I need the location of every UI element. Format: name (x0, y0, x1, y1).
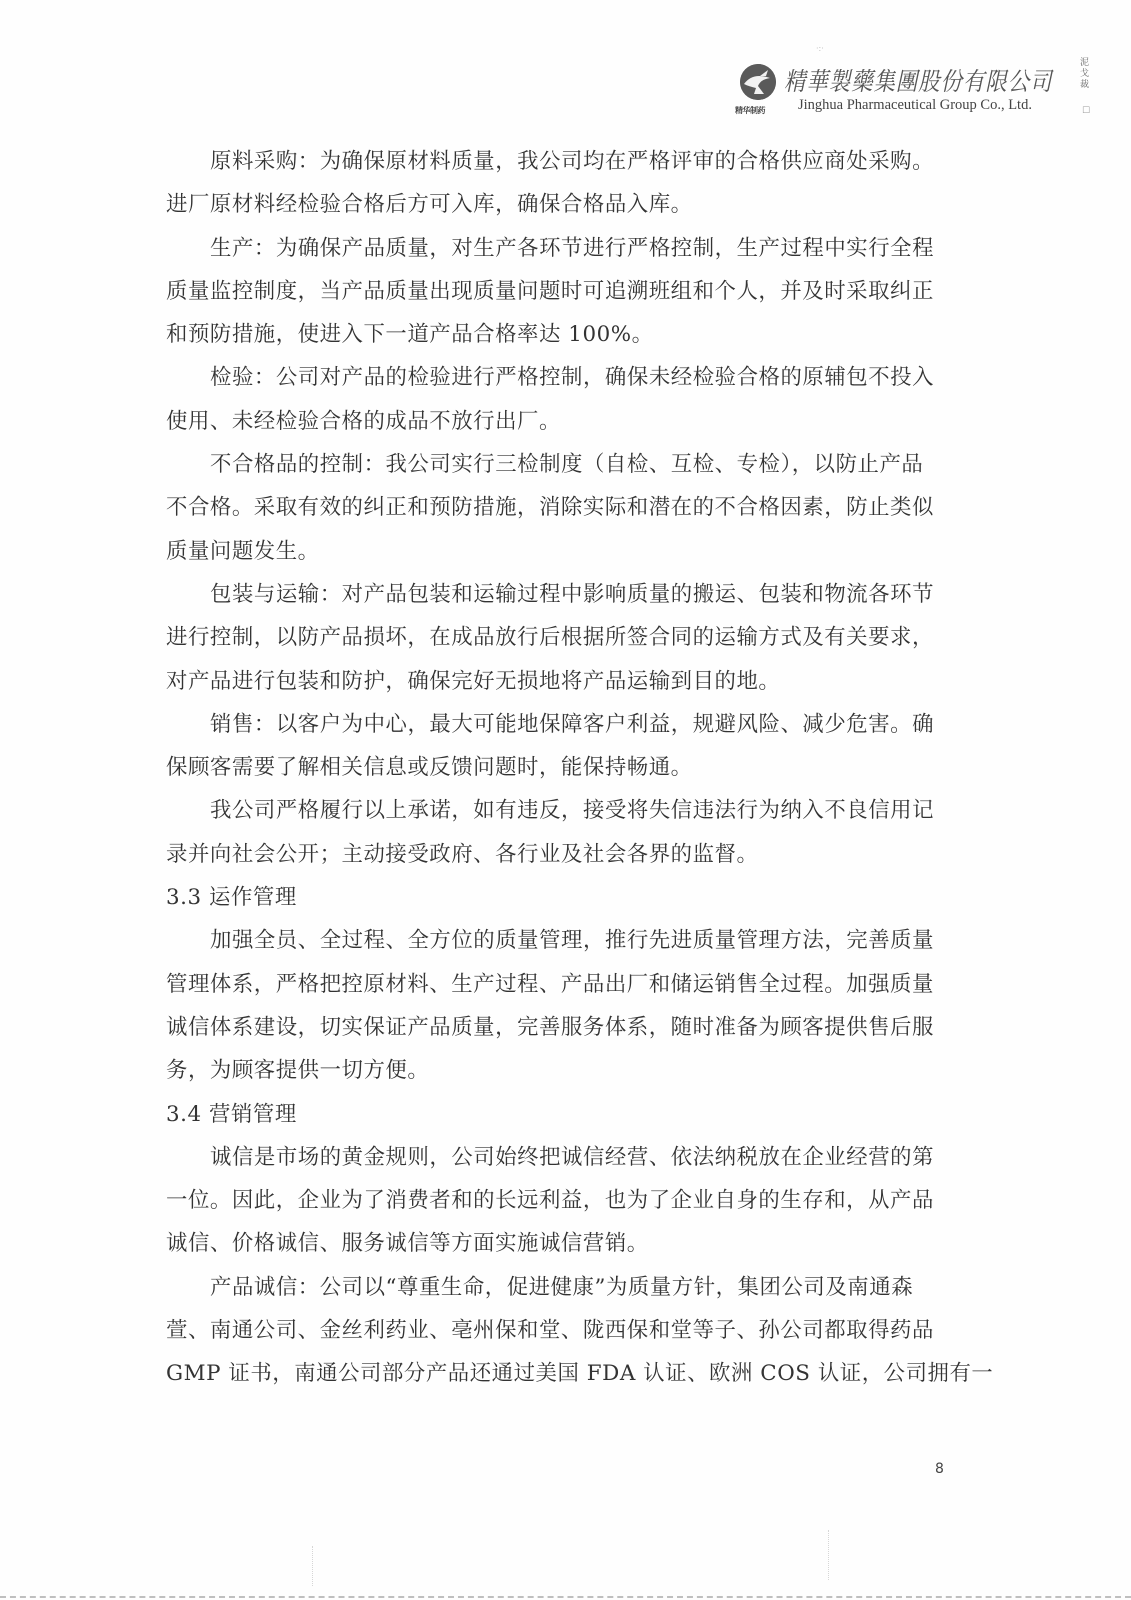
paragraph-line: 质量问题发生。 (166, 530, 942, 573)
crane-logo-icon (740, 64, 776, 100)
company-name-english: Jinghua Pharmaceutical Group Co., Ltd. (798, 97, 1032, 114)
paragraph-line: 生产：为确保产品质量，对生产各环节进行严格控制，生产过程中实行全程 (166, 227, 942, 270)
scan-artifact (828, 1530, 830, 1580)
paragraph-line: 销售：以客户为中心，最大可能地保障客户利益，规避风险、减少危害。确 (166, 703, 942, 746)
paragraph-line: 保顾客需要了解相关信息或反馈问题时，能保持畅通。 (166, 746, 942, 789)
paragraph-line: 使用、未经检验合格的成品不放行出厂。 (166, 400, 942, 443)
paragraph-line: 加强全员、全过程、全方位的质量管理，推行先进质量管理方法，完善质量 (166, 919, 942, 962)
logo-caption: 精华制药 (735, 105, 765, 116)
paragraph-line: 进行控制，以防产品损坏，在成品放行后根据所签合同的运输方式及有关要求， (166, 616, 942, 659)
company-logo: 精华制药 (738, 62, 782, 118)
paragraph-line: 诚信、价格诚信、服务诚信等方面实施诚信营销。 (166, 1222, 942, 1265)
paragraph-line: 原料采购：为确保原材料质量，我公司均在严格评审的合格供应商处采购。 (166, 140, 942, 183)
letterhead: 精华制药 精華製藥集團股份有限公司 Jinghua Pharmaceutical… (738, 62, 1098, 118)
paragraph-line: 质量监控制度，当产品质量出现质量问题时可追溯班组和个人，并及时采取纠正 (166, 270, 942, 313)
paragraph-line: 和预防措施，使进入下一道产品合格率达 100%。 (166, 313, 942, 356)
paragraph-line: 录并向社会公开；主动接受政府、各行业及社会各界的监督。 (166, 833, 942, 876)
paragraph-line: GMP 证书，南通公司部分产品还通过美国 FDA 认证、欧洲 COS 认证，公司… (166, 1352, 942, 1395)
body-text: 原料采购：为确保原材料质量，我公司均在严格评审的合格供应商处采购。进厂原材料经检… (166, 140, 942, 1396)
paragraph-line: 对产品进行包装和防护，确保完好无损地将产品运输到目的地。 (166, 660, 942, 703)
paragraph-line: 不合格品的控制：我公司实行三检制度（自检、互检、专检），以防止产品 (166, 443, 942, 486)
seal-mark-icon: ☐ (1082, 106, 1090, 116)
paragraph-line: 萱、南通公司、金丝利药业、亳州保和堂、陇西保和堂等子、孙公司都取得药品 (166, 1309, 942, 1352)
paragraph-line: 产品诚信：公司以“尊重生命，促进健康”为质量方针，集团公司及南通森 (166, 1266, 942, 1309)
paragraph-line: 务，为顾客提供一切方便。 (166, 1049, 942, 1092)
paragraph-line: 进厂原材料经检验合格后方可入库，确保合格品入库。 (166, 183, 942, 226)
company-name-chinese: 精華製藥集團股份有限公司 (784, 62, 1052, 98)
paragraph-line: 包装与运输：对产品包装和运输过程中影响质量的搬运、包装和物流各环节 (166, 573, 942, 616)
scan-artifact (312, 1546, 314, 1586)
paragraph-line: 一位。因此，企业为了消费者和的长远利益，也为了企业自身的生存和，从产品 (166, 1179, 942, 1222)
paragraph-line: 诚信体系建设，切实保证产品质量，完善服务体系，随时准备为顾客提供售后服 (166, 1006, 942, 1049)
page-bottom-edge (0, 1596, 1131, 1598)
paragraph-line: 不合格。采取有效的纠正和预防措施，消除实际和潜在的不合格因素，防止类似 (166, 486, 942, 529)
paragraph-line: 我公司严格履行以上承诺，如有违反，接受将失信违法行为纳入不良信用记 (166, 789, 942, 832)
section-heading: 3.4 营销管理 (166, 1093, 942, 1136)
paragraph-line: 管理体系，严格把控原材料、生产过程、产品出厂和储运销售全过程。加强质量 (166, 963, 942, 1006)
scan-speck: ·:· (816, 44, 824, 53)
seal-text: 泥戈裁 (1080, 58, 1094, 91)
page-number: 8 (935, 1461, 944, 1477)
section-heading: 3.3 运作管理 (166, 876, 942, 919)
paragraph-line: 诚信是市场的黄金规则，公司始终把诚信经营、依法纳税放在企业经营的第 (166, 1136, 942, 1179)
paragraph-line: 检验：公司对产品的检验进行严格控制，确保未经检验合格的原辅包不投入 (166, 356, 942, 399)
document-page: 精华制药 精華製藥集團股份有限公司 Jinghua Pharmaceutical… (0, 0, 1131, 1600)
